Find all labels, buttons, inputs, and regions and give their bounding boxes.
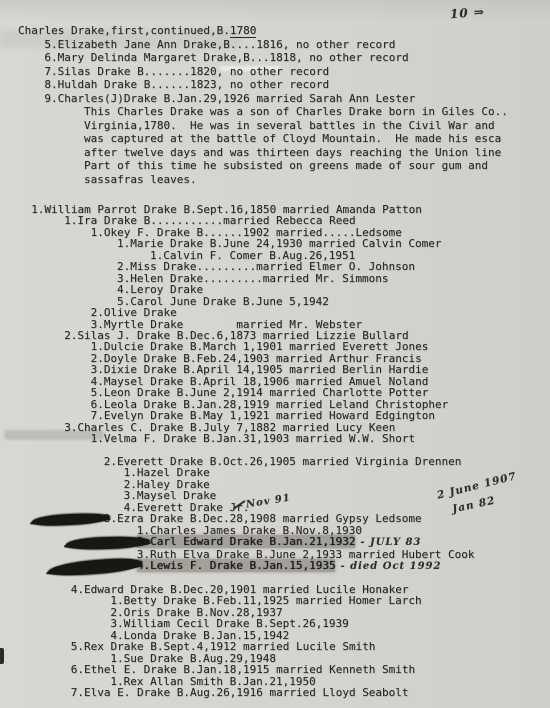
document-line: 5.Carol June Drake B.June 5,1942 [0,296,550,307]
document-line: This Charles Drake was a son of Charles … [0,105,550,119]
intro-section: Charles Drake,first,continued,B.1780 5.E… [0,24,550,186]
line-text: 7.Elva E. Drake B.Aug.26,1916 married Ll… [71,686,409,699]
line-text: 1.Velma F. Drake B.Jan.31,1903 married W… [91,432,416,445]
document-line: 1.Hazel Drake [0,467,550,478]
line-text: 5.Elizabeth Jane Ann Drake,B....1816, no… [44,38,395,51]
document-line: 8.Huldah Drake B......1823, no other rec… [0,78,550,92]
descendant-list-section: 1.William Parrot Drake B.Sept.16,1850 ma… [0,204,550,698]
line-text: after twelve days and was thirteen days … [84,146,501,159]
line-text: 6.Mary Delinda Margaret Drake,B...1818, … [44,51,408,64]
scanned-genealogy-page: { "header": { "title_prefix": "Charles D… [0,0,550,708]
document-line: Virginia,1780. He was in several battles… [0,119,550,133]
document-line: 5.Elizabeth Jane Ann Drake,B....1816, no… [0,38,550,52]
document-line: 6.Mary Delinda Margaret Drake,B...1818, … [0,51,550,65]
line-text: 2.Carl Edward Drake B.Jan.21,1932 [137,535,356,548]
line-text: 7.Silas Drake B.......1820, no other rec… [44,65,329,78]
document-line: 7.Elva E. Drake B.Aug.26,1916 married Ll… [0,687,550,698]
document-line: 2.Everett Drake B.Oct.26,1905 married Vi… [0,456,550,467]
document-line: was captured at the battle of Cloyd Moun… [0,132,550,146]
line-text: sassafras leaves. [84,173,197,186]
document-line: sassafras leaves. [0,173,550,187]
line-text: This Charles Drake was a son of Charles … [84,105,508,118]
line-text: was captured at the battle of Cloyd Moun… [84,132,501,145]
handwritten-suffix-annotation: - JULY 83 [360,537,421,548]
line-text: 4.Lewis F. Drake B.Jan.15,1935 [137,559,336,572]
handwritten-page-number: 10 ⇒ [450,5,486,21]
line-text [18,444,25,457]
line-text: 8.Huldah Drake B......1823, no other rec… [44,78,329,91]
page-title: Charles Drake,first,continued,B.1780 [0,24,550,38]
document-line: 1.Velma F. Drake B.Jan.31,1903 married W… [0,433,550,444]
line-text: Virginia,1780. He was in several battles… [84,119,495,132]
handwritten-suffix-annotation: - died Oct 1992 [340,561,441,572]
line-text [18,572,25,585]
page-title-underlined-year: 1780 [230,24,257,38]
document-line: 4.Lewis F. Drake B.Jan.15,1935- died Oct… [0,560,550,572]
page-title-text: Charles Drake,first,continued,B. [18,24,230,37]
document-line: Part of this time he subsisted on greens… [0,159,550,173]
document-line: 3.Helen Drake.........married Mr. Simmon… [0,273,550,284]
line-text: Part of this time he subsisted on greens… [84,159,488,172]
document-line: after twelve days and was thirteen days … [0,146,550,160]
line-text: 9.Charles(J)Drake B.Jan.29,1926 married … [44,92,415,105]
document-line: 7.Silas Drake B.......1820, no other rec… [0,65,550,79]
document-line: 9.Charles(J)Drake B.Jan.29,1926 married … [0,92,550,106]
